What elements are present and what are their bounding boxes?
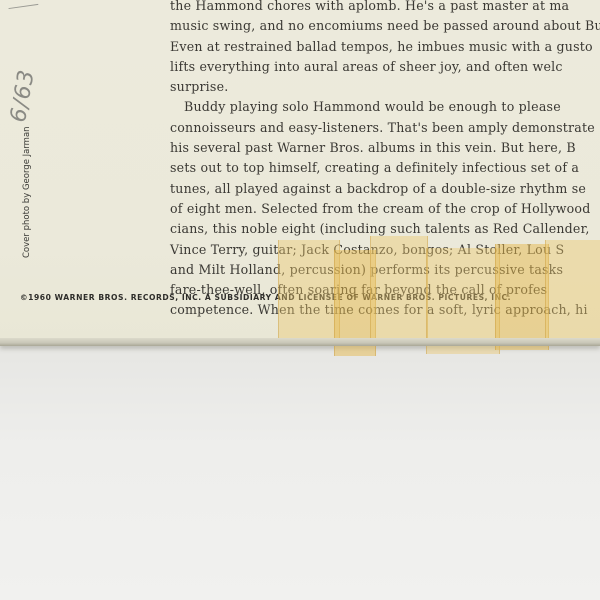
tape-strip [545,240,600,346]
liner-line: lifts everything into aural areas of she… [170,57,600,77]
tape-strip [278,240,340,346]
liner-line: his several past Warner Bros. albums in … [170,138,600,158]
liner-line: sets out to top himself, creating a defi… [170,158,600,178]
cover-photo-credit: Cover photo by George Jarman [22,126,32,258]
tabletop-surface [0,345,600,600]
sleeve-bottom-edge [0,338,600,346]
handwriting-stroke [8,0,39,9]
record-sleeve: the Hammond chores with aplomb. He's a p… [0,0,600,346]
tape-strip [495,244,549,350]
tape-strip [370,236,428,342]
liner-line: music swing, and no encomiums need be pa… [170,16,600,36]
liner-line: tunes, all played against a backdrop of … [170,179,600,199]
liner-line: Buddy playing solo Hammond would be enou… [170,97,600,117]
liner-line: surprise. [170,77,600,97]
liner-line: connoisseurs and easy-listeners. That's … [170,118,600,138]
liner-line: Even at restrained ballad tempos, he imb… [170,37,600,57]
liner-line: the Hammond chores with aplomb. He's a p… [170,0,600,16]
liner-line: of eight men. Selected from the cream of… [170,199,600,219]
handwritten-date: 6/63 [6,67,40,124]
